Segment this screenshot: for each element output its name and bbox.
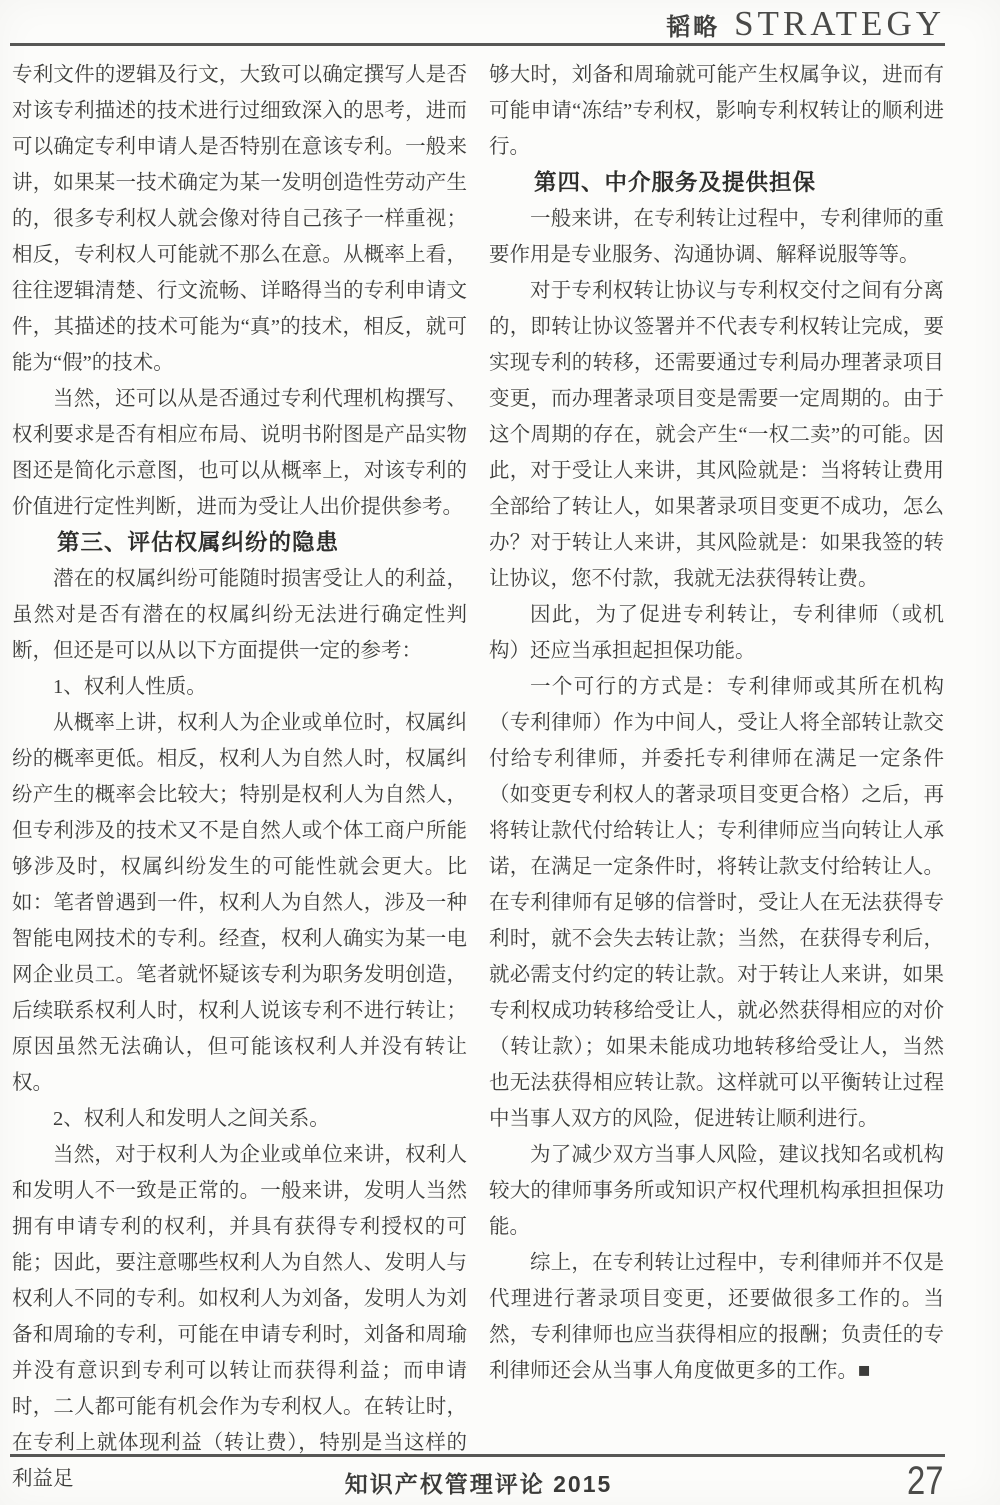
page-number: 27 xyxy=(907,1459,943,1504)
paragraph: 因此，为了促进专利转让，专利律师（或机构）还应当承担起担保功能。 xyxy=(489,597,944,669)
right-column: 够大时，刘备和周瑜就可能产生权属争议，进而有可能申请“冻结”专利权，影响专利权转… xyxy=(489,57,944,1497)
magazine-page: 韬略 STRATEGY 专利文件的逻辑及行文，大致可以确定撰写人是否对该专利描述… xyxy=(0,0,1000,1505)
paragraph: 对于专利权转让协议与专利权交付之间有分离的，即转让协议签署并不代表专利权转让完成… xyxy=(489,273,944,597)
page-header: 韬略 STRATEGY xyxy=(666,4,945,44)
paragraph: 当然，对于权利人为企业或单位来讲，权利人和发明人不一致是正常的。一般来讲，发明人… xyxy=(12,1137,467,1497)
journal-title: 知识产权管理评论 2015 xyxy=(12,1466,945,1499)
paragraph: 一般来讲，在专利转让过程中，专利律师的重要作用是专业服务、沟通协调、解释说服等等… xyxy=(489,201,944,273)
left-column: 专利文件的逻辑及行文，大致可以确定撰写人是否对该专利描述的技术进行过细致深入的思… xyxy=(12,57,467,1497)
list-item-heading: 2、权利人和发明人之间关系。 xyxy=(12,1101,467,1137)
footer-divider xyxy=(10,1454,945,1457)
header-brand-chinese: 韬略 xyxy=(666,7,720,42)
paragraph: 够大时，刘备和周瑜就可能产生权属争议，进而有可能申请“冻结”专利权，影响专利权转… xyxy=(489,57,944,165)
paragraph: 专利文件的逻辑及行文，大致可以确定撰写人是否对该专利描述的技术进行过细致深入的思… xyxy=(12,57,467,381)
section-heading: 第四、中介服务及提供担保 xyxy=(489,165,944,201)
header-brand-english: STRATEGY xyxy=(734,4,945,44)
paragraph: 潜在的权属纠纷可能随时损害受让人的利益，虽然对是否有潜在的权属纠纷无法进行确定性… xyxy=(12,561,467,669)
section-heading: 第三、评估权属纠纷的隐患 xyxy=(12,525,467,561)
paragraph: 为了减少双方当事人风险，建议找知名或机构较大的律师事务所或知识产权代理机构承担担… xyxy=(489,1137,944,1245)
paragraph: 综上，在专利转让过程中，专利律师并不仅是代理进行著录项目变更，还要做很多工作的。… xyxy=(489,1245,944,1389)
paragraph: 当然，还可以从是否通过专利代理机构撰写、权利要求是否有相应布局、说明书附图是产品… xyxy=(12,381,467,525)
list-item-heading: 1、权利人性质。 xyxy=(12,669,467,705)
article-body: 专利文件的逻辑及行文，大致可以确定撰写人是否对该专利描述的技术进行过细致深入的思… xyxy=(12,57,945,1497)
paragraph: 从概率上讲，权利人为企业或单位时，权属纠纷的概率更低。相反，权利人为自然人时，权… xyxy=(12,705,467,1101)
header-divider xyxy=(10,43,945,46)
paragraph: 一个可行的方式是：专利律师或其所在机构（专利律师）作为中间人，受让人将全部转让款… xyxy=(489,669,944,1137)
